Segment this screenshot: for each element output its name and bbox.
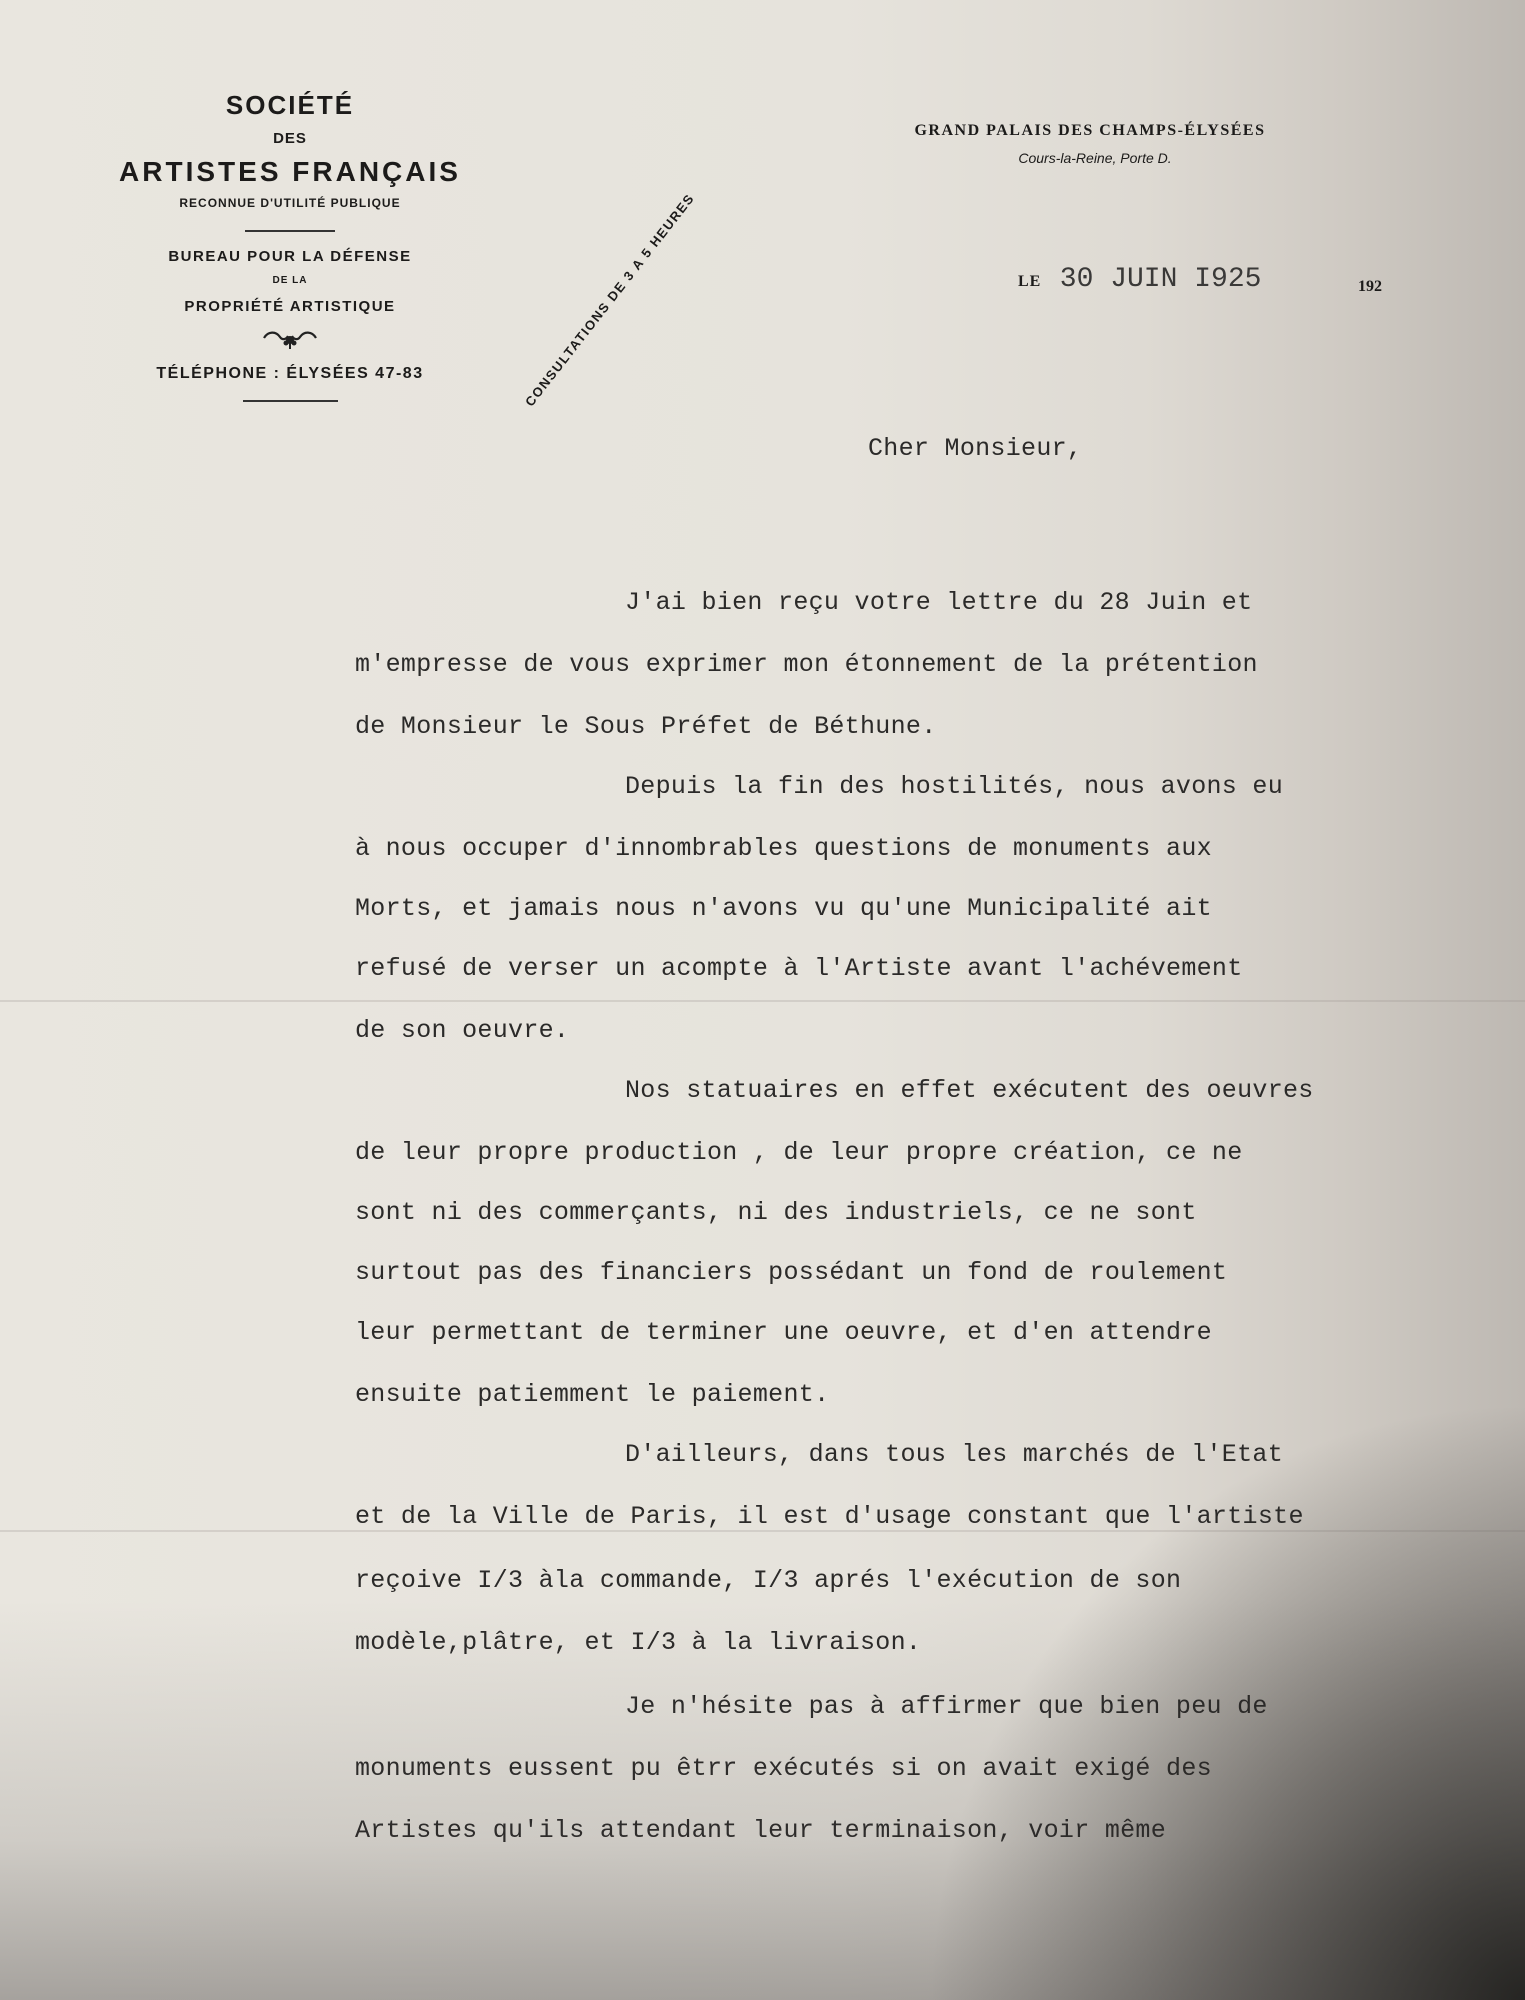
letter-line: à nous occuper d'innombrables questions … bbox=[355, 834, 1212, 863]
date-prefix: LE bbox=[1018, 273, 1041, 290]
public-utility-label: RECONNUE D'UTILITÉ PUBLIQUE bbox=[80, 194, 500, 212]
date-printed-year: 192 bbox=[1358, 278, 1382, 296]
letter-line: ensuite patiemment le paiement. bbox=[355, 1380, 829, 1409]
letter-line: m'empresse de vous exprimer mon étonneme… bbox=[355, 650, 1258, 679]
letter-line: J'ai bien reçu votre lettre du 28 Juin e… bbox=[625, 588, 1252, 617]
letter-line: refusé de verser un acompte à l'Artiste … bbox=[355, 954, 1243, 983]
letter-line: leur permettant de terminer une oeuvre, … bbox=[355, 1318, 1212, 1347]
letter-line: surtout pas des financiers possédant un … bbox=[355, 1258, 1227, 1287]
letter-line: Depuis la fin des hostilités, nous avons… bbox=[625, 772, 1283, 801]
divider bbox=[243, 400, 338, 402]
telephone-number: TÉLÉPHONE : ÉLYSÉES 47-83 bbox=[80, 362, 500, 386]
letter-line: et de la Ville de Paris, il est d'usage … bbox=[355, 1502, 1304, 1531]
society-name-line2: DES bbox=[80, 128, 500, 150]
letter-line: Morts, et jamais nous n'avons vu qu'une … bbox=[355, 894, 1212, 923]
venue-name: GRAND PALAIS DES CHAMPS-ÉLYSÉES bbox=[800, 120, 1380, 142]
letterhead-left: SOCIÉTÉ DES ARTISTES FRANÇAIS RECONNUE D… bbox=[80, 88, 500, 402]
letter-date: LE 30 JUIN I925 192 bbox=[1018, 264, 1261, 295]
letter-line: Nos statuaires en effet exécutent des oe… bbox=[625, 1076, 1314, 1105]
letter-line: de leur propre production , de leur prop… bbox=[355, 1138, 1243, 1167]
letter-line: Je n'hésite pas à affirmer que bien peu … bbox=[625, 1692, 1268, 1721]
letter-line: reçoive I/3 àla commande, I/3 aprés l'ex… bbox=[355, 1566, 1181, 1595]
letter-line: de Monsieur le Sous Préfet de Béthune. bbox=[355, 712, 937, 741]
salutation: Cher Monsieur, bbox=[868, 434, 1082, 463]
consultation-hours-stamp: CONSULTATIONS DE 3 A 5 HEURES bbox=[522, 191, 697, 410]
paper-fold-line bbox=[0, 1000, 1525, 1002]
bureau-line3: PROPRIÉTÉ ARTISTIQUE bbox=[80, 296, 500, 318]
society-name-line1: SOCIÉTÉ bbox=[80, 88, 500, 122]
letter-line: Artistes qu'ils attendant leur terminais… bbox=[355, 1816, 1166, 1845]
letter-line: de son oeuvre. bbox=[355, 1016, 569, 1045]
divider bbox=[245, 230, 335, 232]
bureau-line2: DE LA bbox=[80, 274, 500, 288]
venue-address: Cours-la-Reine, Porte D. bbox=[800, 148, 1380, 168]
bureau-line1: BUREAU POUR LA DÉFENSE bbox=[80, 246, 500, 268]
letter-line: sont ni des commerçants, ni des industri… bbox=[355, 1198, 1197, 1227]
letter-line: modèle,plâtre, et I/3 à la livraison. bbox=[355, 1628, 921, 1657]
date-typed: 30 JUIN I925 bbox=[1060, 264, 1262, 295]
letter-line: D'ailleurs, dans tous les marchés de l'E… bbox=[625, 1440, 1283, 1469]
letterhead-right: GRAND PALAIS DES CHAMPS-ÉLYSÉES Cours-la… bbox=[800, 120, 1380, 168]
letter-line: monuments eussent pu êtrr exécutés si on… bbox=[355, 1754, 1212, 1783]
society-name-line3: ARTISTES FRANÇAIS bbox=[80, 152, 500, 192]
fleuron-ornament-icon bbox=[80, 328, 500, 352]
